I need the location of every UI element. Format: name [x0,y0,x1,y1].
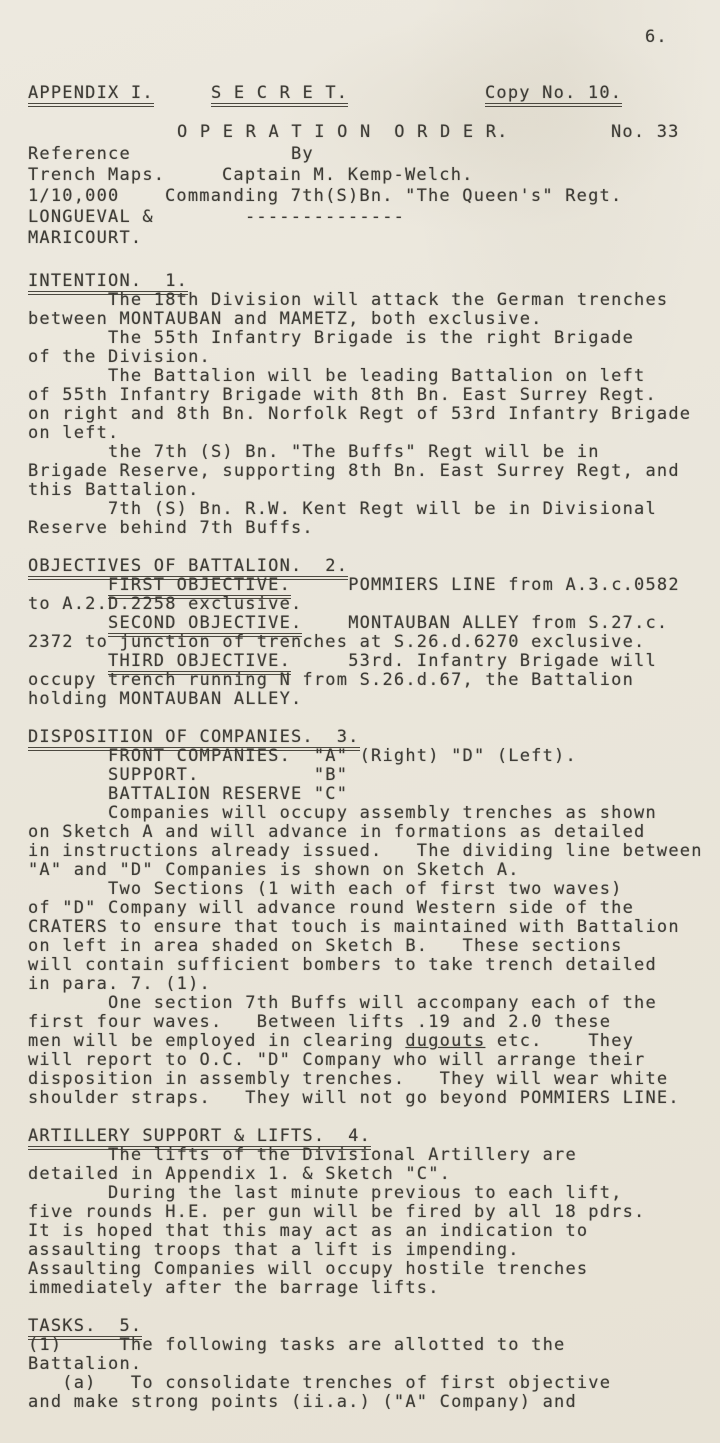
text-run [28,613,108,633]
text-run: Reserve behind 7th Buffs. [28,518,314,538]
underlined-text: dugouts [405,1031,485,1051]
text-run: During the last minute previous to each … [28,1183,623,1203]
text-run: will report to O.C. "D" Company who will… [28,1050,645,1070]
text-run: of 55th Infantry Brigade with 8th Bn. Ea… [28,385,657,405]
text-run: and make strong points (ii.a.) ("A" Comp… [28,1392,577,1412]
text-run: 53rd. Infantry Brigade will [291,651,657,671]
text-run: the 7th (S) Bn. "The Buffs" Regt will be… [28,442,600,462]
document-line: on right and 8th Bn. Norfolk Regt of 53r… [28,405,720,424]
text-run: on right and 8th Bn. Norfolk Regt of 53r… [28,404,691,424]
document-line: DISPOSITION OF COMPANIES. 3. [28,728,720,747]
text-run: POMMIERS LINE from A.3.c.0582 [291,575,680,595]
text-run: SUPPORT. "B" [28,765,348,785]
text-run: between MONTAUBAN and MAMETZ, both exclu… [28,309,543,329]
text-run: (a) To consolidate trenches of first obj… [28,1373,611,1393]
document-line: Companies will occupy assembly trenches … [28,804,720,823]
document-line: One section 7th Buffs will accompany eac… [28,994,720,1013]
document-line: CRATERS to ensure that touch is maintain… [28,918,720,937]
document-line: "A" and "D" Companies is shown on Sketch… [28,861,720,880]
document-line: immediately after the barrage lifts. [28,1279,720,1298]
text-run: men will be employed in clearing [28,1031,405,1051]
document-line: detailed in Appendix 1. & Sketch "C". [28,1165,720,1184]
page-number: 6. [645,28,668,47]
document-line: Assaulting Companies will occupy hostile… [28,1260,720,1279]
classification-label: S E C R E T. [211,84,348,107]
order-number: No. 33 [611,123,680,142]
document-line: 7th (S) Bn. R.W. Kent Regt will be in Di… [28,500,720,519]
document-line: THIRD OBJECTIVE. 53rd. Infantry Brigade … [28,652,720,671]
document-line: in instructions already issued. The divi… [28,842,720,861]
document-line: of 55th Infantry Brigade with 8th Bn. Ea… [28,386,720,405]
reference-scale: 1/10,000 [28,187,119,206]
document-line: During the last minute previous to each … [28,1184,720,1203]
document-line: Two Sections (1 with each of first two w… [28,880,720,899]
document-line: Battalion. [28,1355,720,1374]
text-run: first four waves. Between lifts .19 and … [28,1012,611,1032]
document-line [28,538,720,557]
document-line: (1) The following tasks are allotted to … [28,1336,720,1355]
document-line: on Sketch A and will advance in formatio… [28,823,720,842]
author-title: Commanding 7th(S)Bn. "The Queen's" Regt. [165,187,622,206]
author-name: Captain M. Kemp-Welch. [222,166,474,185]
text-run: The 18th Division will attack the German… [28,290,668,310]
copy-number-label: Copy No. 10. [485,84,622,107]
text-run [28,575,108,595]
operation-order-page: 6. APPENDIX I. S E C R E T. Copy No. 10.… [0,0,720,1443]
document-line: The Battalion will be leading Battalion … [28,367,720,386]
text-run: 2372 to junction of trenches at S.26.d.6… [28,632,645,652]
document-line: occupy trench running N from S.26.d.67, … [28,671,720,690]
typed-divider: -------------- [245,208,405,227]
reference-maps: Trench Maps. [28,166,165,185]
text-run: BATTALION RESERVE "C" [28,784,348,804]
text-run: of the Division. [28,347,211,367]
document-line [28,709,720,728]
text-run: in para. 7. (1). [28,974,211,994]
text-run: (1) The following tasks are allotted to … [28,1335,565,1355]
document-line: SECOND OBJECTIVE. MONTAUBAN ALLEY from S… [28,614,720,633]
reference-place-longueval: LONGUEVAL & [28,208,154,227]
document-line: ARTILLERY SUPPORT & LIFTS. 4. [28,1127,720,1146]
text-run: etc. They [485,1031,634,1051]
text-run: to A.2.D.2258 exclusive. [28,594,302,614]
document-line: on left in area shaded on Sketch B. Thes… [28,937,720,956]
text-run: occupy trench running N from S.26.d.67, … [28,670,634,690]
document-line: holding MONTAUBAN ALLEY. [28,690,720,709]
document-line: to A.2.D.2258 exclusive. [28,595,720,614]
text-run: "A" and "D" Companies is shown on Sketch… [28,860,520,880]
document-line: in para. 7. (1). [28,975,720,994]
document-line: INTENTION. 1. [28,272,720,291]
text-run: detailed in Appendix 1. & Sketch "C". [28,1164,451,1184]
document-line: 2372 to junction of trenches at S.26.d.6… [28,633,720,652]
text-run: five rounds H.E. per gun will be fired b… [28,1202,645,1222]
document-line: FRONT COMPANIES. "A" (Right) "D" (Left). [28,747,720,766]
text-run: Battalion. [28,1354,142,1374]
text-run: on left. [28,423,119,443]
text-run: CRATERS to ensure that touch is maintain… [28,917,680,937]
document-line: of "D" Company will advance round Wester… [28,899,720,918]
text-run: shoulder straps. They will not go beyond… [28,1088,680,1108]
document-line: between MONTAUBAN and MAMETZ, both exclu… [28,310,720,329]
document-line: will report to O.C. "D" Company who will… [28,1051,720,1070]
document-line: assaulting troops that a lift is impendi… [28,1241,720,1260]
document-line: five rounds H.E. per gun will be fired b… [28,1203,720,1222]
document-line: disposition in assembly trenches. They w… [28,1070,720,1089]
text-run: The Battalion will be leading Battalion … [28,366,645,386]
document-line: The 18th Division will attack the German… [28,291,720,310]
text-run: Companies will occupy assembly trenches … [28,803,657,823]
document-line: and make strong points (ii.a.) ("A" Comp… [28,1393,720,1412]
document-line: men will be employed in clearing dugouts… [28,1032,720,1051]
text-run: this Battalion. [28,480,200,500]
text-run: FRONT COMPANIES. "A" (Right) "D" (Left). [28,746,577,766]
document-line: will contain sufficient bombers to take … [28,956,720,975]
text-run: Two Sections (1 with each of first two w… [28,879,623,899]
reference-place-maricourt: MARICOURT. [28,229,142,248]
text-run: of "D" Company will advance round Wester… [28,898,634,918]
text-run: 7th (S) Bn. R.W. Kent Regt will be in Di… [28,499,657,519]
document-line: The 55th Infantry Brigade is the right B… [28,329,720,348]
text-run [28,651,108,671]
text-run: assaulting troops that a lift is impendi… [28,1240,520,1260]
text-run: immediately after the barrage lifts. [28,1278,440,1298]
text-run: disposition in assembly trenches. They w… [28,1069,668,1089]
reference-label: Reference [28,145,131,164]
document-line: the 7th (S) Bn. "The Buffs" Regt will be… [28,443,720,462]
document-line: FIRST OBJECTIVE. POMMIERS LINE from A.3.… [28,576,720,595]
text-run: in instructions already issued. The divi… [28,841,703,861]
document-line: on left. [28,424,720,443]
document-body: INTENTION. 1. The 18th Division will att… [28,272,720,1412]
text-run: Assaulting Companies will occupy hostile… [28,1259,588,1279]
document-line: Brigade Reserve, supporting 8th Bn. East… [28,462,720,481]
document-line: BATTALION RESERVE "C" [28,785,720,804]
document-line: OBJECTIVES OF BATTALION. 2. [28,557,720,576]
text-run: on left in area shaded on Sketch B. Thes… [28,936,623,956]
document-line: It is hoped that this may act as an indi… [28,1222,720,1241]
document-line: TASKS. 5. [28,1317,720,1336]
document-line: this Battalion. [28,481,720,500]
document-line: The lifts of the Divisional Artillery ar… [28,1146,720,1165]
text-run: Brigade Reserve, supporting 8th Bn. East… [28,461,680,481]
text-run: will contain sufficient bombers to take … [28,955,657,975]
document-line: Reserve behind 7th Buffs. [28,519,720,538]
by-label: By [291,145,314,164]
text-run: on Sketch A and will advance in formatio… [28,822,645,842]
text-run: holding MONTAUBAN ALLEY. [28,689,302,709]
document-title: O P E R A T I O N O R D E R. [177,123,509,142]
document-line [28,1298,720,1317]
text-run: The lifts of the Divisional Artillery ar… [28,1145,577,1165]
document-line [28,1108,720,1127]
text-run: MONTAUBAN ALLEY from S.27.c. [302,613,668,633]
document-line: first four waves. Between lifts .19 and … [28,1013,720,1032]
document-line: of the Division. [28,348,720,367]
text-run: The 55th Infantry Brigade is the right B… [28,328,634,348]
appendix-label: APPENDIX I. [28,84,154,107]
text-run: It is hoped that this may act as an indi… [28,1221,588,1241]
document-line: SUPPORT. "B" [28,766,720,785]
document-line: (a) To consolidate trenches of first obj… [28,1374,720,1393]
text-run: One section 7th Buffs will accompany eac… [28,993,657,1013]
document-line: shoulder straps. They will not go beyond… [28,1089,720,1108]
